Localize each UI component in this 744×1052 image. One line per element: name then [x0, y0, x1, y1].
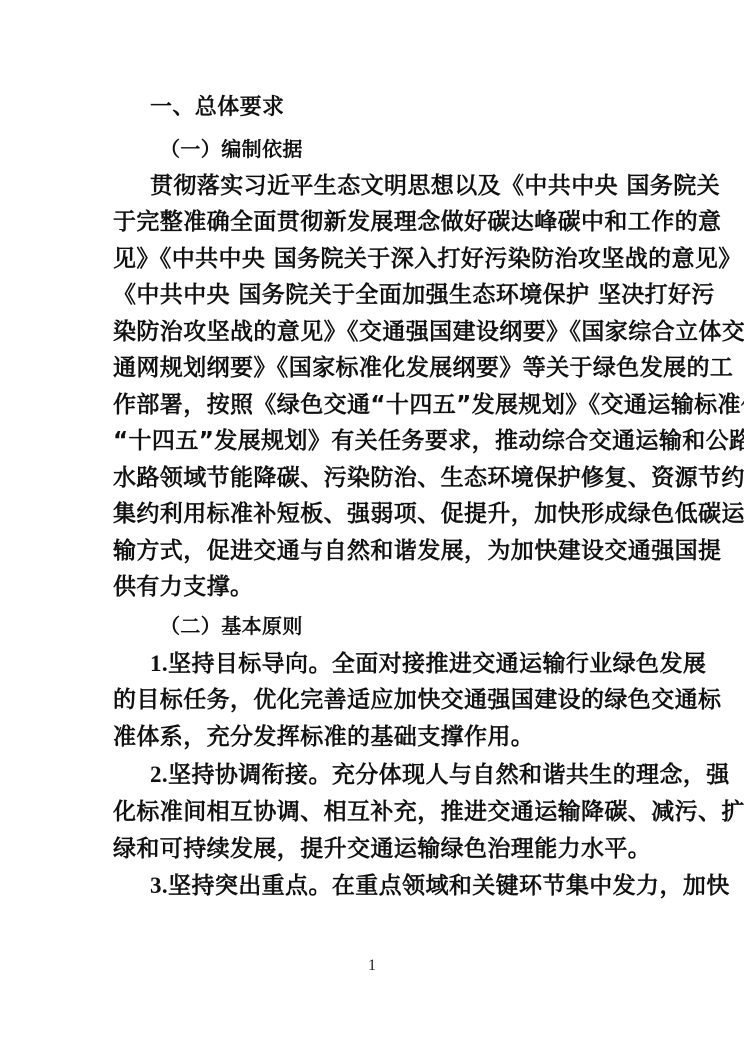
principle-lead: 1.坚持目标导向。 — [150, 651, 332, 676]
paragraph-line: 准体系，充分发挥标准的基础支撑作用。 — [113, 723, 643, 751]
paragraph-line: 供有力支撑。 — [113, 573, 643, 601]
paragraph-line: 化标准间相互协调、相互补充，推进交通运输降碳、减污、扩 — [113, 798, 643, 826]
paragraph-line: 集约利用标准补短板、强弱项、促提升，加快形成绿色低碳运 — [113, 500, 643, 528]
heading-compilation-basis: （一）编制依据 — [160, 135, 690, 163]
paragraph-line: 贯彻落实习近平生态文明思想以及《中共中央 国务院关 — [150, 172, 680, 200]
paragraph-line: 作部署，按照《绿色交通“十四五”发展规划》《交通运输标准化 — [113, 391, 643, 419]
paragraph-line: 于完整准确全面贯彻新发展理念做好碳达峰碳中和工作的意 — [113, 208, 643, 236]
paragraph-line: 《中共中央 国务院关于全面加强生态环境保护 坚决打好污 — [113, 281, 643, 309]
paragraph-line: “十四五”发展规划》有关任务要求，推动综合交通运输和公路、 — [113, 427, 643, 455]
paragraph-line: 的目标任务，优化完善适应加快交通强国建设的绿色交通标 — [113, 686, 643, 714]
paragraph-line: 水路领域节能降碳、污染防治、生态环境保护修复、资源节约 — [113, 464, 643, 492]
paragraph-line: 通网规划纲要》《国家标准化发展纲要》等关于绿色发展的工 — [113, 354, 643, 382]
principle-text: 充分体现人与自然和谐共生的理念，强 — [332, 762, 730, 788]
paragraph-line: 输方式，促进交通与自然和谐发展，为加快建设交通强国提 — [113, 537, 643, 565]
heading-basic-principles: （二）基本原则 — [160, 612, 690, 640]
paragraph-line: 染防治攻坚战的意见》《交通强国建设纲要》《国家综合立体交 — [113, 318, 643, 346]
principle-3-first-line: 3.坚持突出重点。在重点领域和关键环节集中发力，加快 — [150, 872, 680, 900]
principle-1-first-line: 1.坚持目标导向。全面对接推进交通运输行业绿色发展 — [150, 650, 680, 678]
paragraph-line: 见》《中共中央 国务院关于深入打好污染防治攻坚战的意见》 — [113, 245, 643, 273]
principle-lead: 3.坚持突出重点。 — [150, 873, 332, 898]
principle-2-first-line: 2.坚持协调衔接。充分体现人与自然和谐共生的理念，强 — [150, 761, 680, 789]
principle-text: 在重点领域和关键环节集中发力，加快 — [332, 873, 730, 899]
principle-text: 全面对接推进交通运输行业绿色发展 — [332, 651, 706, 677]
paragraph-line: 绿和可持续发展，提升交通运输绿色治理能力水平。 — [113, 835, 643, 863]
heading-overall-requirements: 一、总体要求 — [150, 94, 680, 122]
page-number: 1 — [0, 957, 744, 975]
principle-lead: 2.坚持协调衔接。 — [150, 762, 332, 787]
document-page: 一、总体要求 （一）编制依据 贯彻落实习近平生态文明思想以及《中共中央 国务院关… — [0, 0, 744, 1052]
